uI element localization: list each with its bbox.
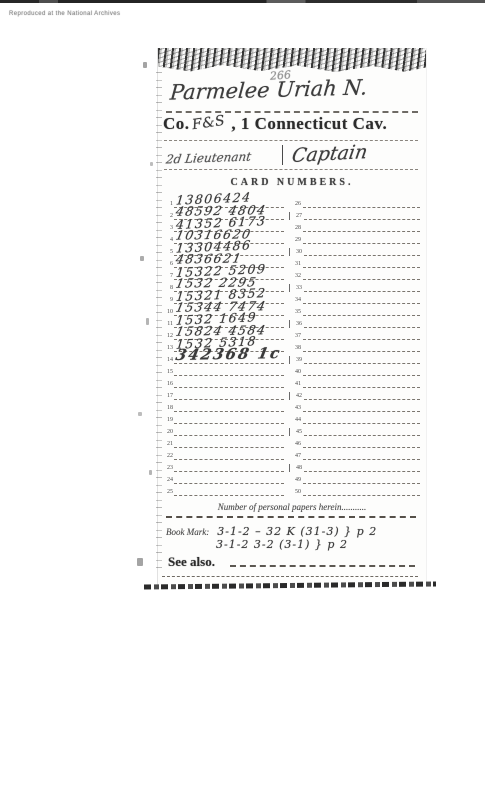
row-number-right: 44 — [289, 416, 303, 424]
card-number-row: 2348 — [164, 460, 420, 472]
card-number-value-cell — [174, 400, 284, 412]
card-number-value-cell — [174, 472, 284, 484]
card-number-blank-cell — [303, 376, 420, 388]
row-number-right: 39 — [289, 356, 304, 364]
row-number-left: 14 — [164, 356, 174, 364]
card-left-edge-noise — [156, 68, 162, 568]
card-number-blank-cell — [303, 448, 420, 460]
row-number-right: 29 — [289, 236, 303, 244]
row-number-left: 7 — [164, 272, 174, 280]
card-number-blank-cell — [304, 424, 420, 436]
card-number-row: 2146 — [164, 436, 420, 448]
card-number-blank-cell — [304, 460, 420, 472]
row-number-right: 26 — [289, 200, 303, 208]
card-number-blank-cell — [304, 388, 420, 400]
row-number-left: 23 — [164, 464, 174, 472]
row-number-right: 49 — [289, 476, 303, 484]
row-number-left: 25 — [164, 488, 174, 496]
top-left-note: Reproduced at the National Archives — [9, 11, 120, 17]
rank-underline — [164, 169, 418, 170]
company-handwritten: F&S — [191, 113, 226, 133]
scan-speck — [143, 62, 147, 68]
row-number-right: 30 — [289, 248, 304, 256]
row-number-left: 22 — [164, 452, 174, 460]
card-torn-edge — [158, 48, 426, 73]
row-number-right: 32 — [289, 272, 303, 280]
row-number-right: 45 — [289, 428, 304, 436]
card-number-blank-cell — [303, 196, 420, 208]
see-also-dots — [230, 565, 415, 567]
row-number-right: 40 — [289, 368, 303, 376]
card-number-row: 1540 — [164, 364, 420, 376]
card-number-row: 1742 — [164, 388, 420, 400]
card-number-value-cell — [174, 424, 284, 436]
row-number-left: 21 — [164, 440, 174, 448]
row-number-right: 48 — [289, 464, 304, 472]
card-number-blank-cell — [304, 316, 420, 328]
card-number-row: 14342368 1c39 — [164, 352, 420, 364]
row-number-right: 47 — [289, 452, 303, 460]
book-mark-line: Book Mark: 3-1-2 – 32 K (31-3) } p 2 — [166, 522, 377, 538]
row-number-left: 18 — [164, 404, 174, 412]
scan-speck — [137, 558, 143, 566]
card-number-blank-cell — [303, 232, 420, 244]
soldier-name: Parmelee Uriah N. — [169, 75, 368, 104]
card-number-blank-cell — [303, 292, 420, 304]
row-number-left: 16 — [164, 380, 174, 388]
book-mark-label: Book Mark: — [166, 527, 209, 537]
book-mark-value-2: 3-1-2 3-2 (3-1) } p 2 — [216, 538, 348, 551]
card-number-row: 2550 — [164, 484, 420, 496]
card-number-blank-cell — [303, 220, 420, 232]
scan-edge-top — [0, 0, 485, 3]
card-number-blank-cell — [303, 484, 420, 496]
scan-speck — [150, 162, 153, 166]
card-numbers-heading: CARD NUMBERS. — [158, 177, 426, 188]
personal-papers-label: Number of personal papers herein........… — [158, 502, 426, 512]
row-number-right: 46 — [289, 440, 303, 448]
row-number-left: 17 — [164, 392, 174, 400]
row-number-right: 35 — [289, 308, 303, 316]
card-number-blank-cell — [303, 340, 420, 352]
card-number-value-cell — [174, 448, 284, 460]
card-number-blank-cell — [303, 268, 420, 280]
card-number-blank-cell — [304, 352, 420, 364]
row-number-left: 2 — [164, 212, 174, 220]
row-number-left: 3 — [164, 224, 174, 232]
book-mark-value-1: 3-1-2 – 32 K (31-3) } p 2 — [217, 525, 377, 538]
rank-divider-bar — [282, 145, 283, 165]
row-number-right: 28 — [289, 224, 303, 232]
row-number-right: 36 — [289, 320, 304, 328]
regiment-label: , 1 Connecticut Cav. — [231, 114, 387, 133]
row-number-right: 38 — [289, 344, 303, 352]
row-number-left: 11 — [164, 320, 174, 328]
card-number-value-cell — [174, 376, 284, 388]
card-number-value-cell: 342368 1c — [174, 352, 284, 364]
card-number-row: 1944 — [164, 412, 420, 424]
card-number-value-cell — [174, 484, 284, 496]
unit-underline — [164, 140, 418, 141]
row-number-right: 31 — [289, 260, 303, 268]
row-number-right: 34 — [289, 296, 303, 304]
company-label: Co. — [163, 114, 190, 133]
card-number-blank-cell — [303, 472, 420, 484]
card-number-blank-cell — [304, 244, 420, 256]
card-bottom-torn-edge — [144, 581, 436, 589]
row-number-left: 24 — [164, 476, 174, 484]
card-number-row: 1843 — [164, 400, 420, 412]
scan-speck — [138, 412, 142, 416]
card-number-blank-cell — [303, 412, 420, 424]
row-number-right: 33 — [289, 284, 304, 292]
row-number-left: 1 — [164, 200, 174, 208]
card-number-value-cell — [174, 412, 284, 424]
row-number-right: 42 — [289, 392, 304, 400]
divider-dashes-bottom — [162, 576, 418, 577]
card-number-blank-cell — [303, 364, 420, 376]
row-number-left: 8 — [164, 284, 174, 292]
card-number-handwritten: 342368 1c — [174, 344, 283, 364]
row-number-right: 41 — [289, 380, 303, 388]
scan-speck — [146, 318, 149, 325]
card-number-value-cell — [174, 460, 284, 472]
card-number-row: 2045 — [164, 424, 420, 436]
unit-line: Co. F&S , 1 Connecticut Cav. — [163, 114, 387, 134]
row-number-left: 13 — [164, 344, 174, 352]
record-card: 266 Parmelee Uriah N. Co. F&S , 1 Connec… — [158, 48, 426, 585]
card-number-row: 2449 — [164, 472, 420, 484]
row-number-left: 9 — [164, 296, 174, 304]
row-number-left: 4 — [164, 236, 174, 244]
row-number-left: 15 — [164, 368, 174, 376]
card-number-value-cell — [174, 436, 284, 448]
row-number-right: 43 — [289, 404, 303, 412]
scan-speck — [140, 256, 144, 261]
card-number-row: 1641 — [164, 376, 420, 388]
row-number-right: 37 — [289, 332, 303, 340]
name-underline — [166, 111, 418, 113]
row-number-left: 5 — [164, 248, 174, 256]
card-number-blank-cell — [304, 208, 420, 220]
scanned-page: Reproduced at the National Archives 266 … — [0, 0, 485, 800]
row-number-left: 19 — [164, 416, 174, 424]
row-number-right: 27 — [289, 212, 304, 220]
rank-final: Captain — [290, 141, 369, 167]
scan-speck — [149, 470, 152, 475]
card-number-blank-cell — [303, 400, 420, 412]
row-number-left: 10 — [164, 308, 174, 316]
row-number-left: 12 — [164, 332, 174, 340]
card-number-blank-cell — [303, 328, 420, 340]
card-number-blank-cell — [304, 280, 420, 292]
card-number-value-cell — [174, 388, 284, 400]
divider-dashes — [166, 516, 416, 518]
card-number-blank-cell — [303, 304, 420, 316]
row-number-left: 6 — [164, 260, 174, 268]
rank-original: 2d Lieutenant — [165, 149, 252, 166]
row-number-right: 50 — [289, 488, 303, 496]
rank-line: 2d Lieutenant Captain — [164, 143, 420, 169]
card-number-blank-cell — [303, 256, 420, 268]
row-number-left: 20 — [164, 428, 174, 436]
see-also-label: See also. — [168, 554, 215, 570]
card-number-value-cell — [174, 364, 284, 376]
card-number-row: 2247 — [164, 448, 420, 460]
card-numbers-grid: 11380642426248592 480427341352 617328410… — [164, 196, 420, 496]
card-number-blank-cell — [303, 436, 420, 448]
